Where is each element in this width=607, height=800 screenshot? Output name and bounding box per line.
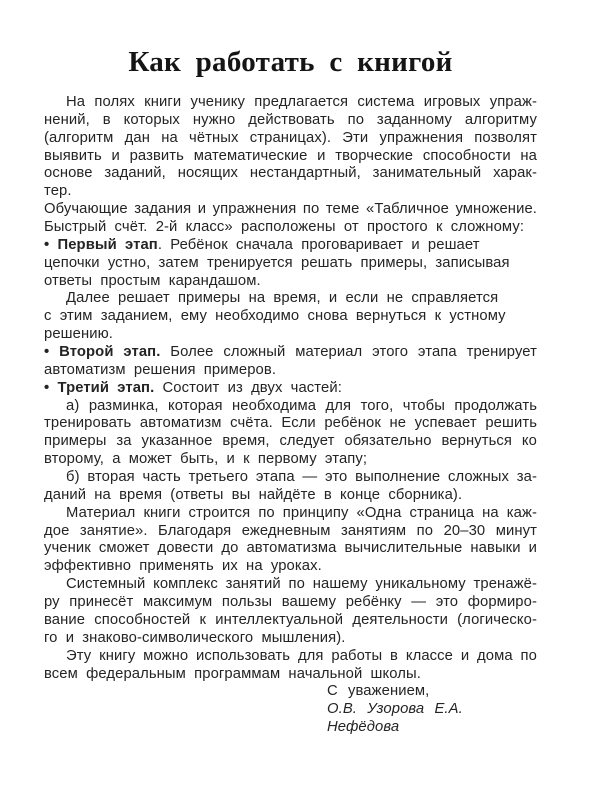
text-line: второму, а может быть, и к первому этапу…	[44, 451, 537, 469]
page-body: На полях книги ученику предлагается сист…	[44, 94, 537, 719]
text-line: а) разминка, которая необходима для того…	[44, 398, 537, 416]
page-title: Как работать с книгой	[44, 46, 537, 79]
text-segment: ученик сможет довести до автоматизма выч…	[44, 540, 537, 556]
text-segment: вание способностей к интеллектуальной де…	[44, 612, 537, 628]
text-segment: С уважением,	[327, 683, 429, 699]
text-line: ру принесёт максимум пользы вашему ребён…	[44, 594, 537, 612]
text-segment: с этим заданием, ему необходимо снова ве…	[44, 308, 506, 324]
text-segment: На полях книги ученику предлагается сист…	[66, 94, 537, 110]
bold-text-segment: • Третий этап.	[44, 380, 154, 396]
book-page: Как работать с книгой На полях книги уче…	[0, 0, 607, 800]
text-line: ответы простым карандашом.	[44, 273, 537, 291]
italic-text-segment: О.В. Узорова Е.А. Нефёдова	[327, 701, 463, 735]
text-line: (алгоритм дан на чётных страницах). Эти …	[44, 130, 537, 148]
text-line: го и знаково-символического мышления).	[44, 630, 537, 648]
text-line: На полях книги ученику предлагается сист…	[44, 94, 537, 112]
text-line: • Третий этап. Состоит из двух частей:	[44, 380, 537, 398]
text-segment: второму, а может быть, и к первому этапу…	[44, 451, 367, 467]
text-line: Обучающие задания и упражнения по теме «…	[44, 201, 537, 219]
text-line: с этим заданием, ему необходимо снова ве…	[44, 308, 537, 326]
text-segment: даний на время (ответы вы найдёте в конц…	[44, 487, 462, 503]
text-segment: го и знаково-символического мышления).	[44, 630, 345, 646]
text-segment: а) разминка, которая необходима для того…	[66, 398, 537, 414]
text-segment: выявить и развить математические и творч…	[44, 148, 537, 164]
text-line: • Второй этап. Более сложный материал эт…	[44, 344, 537, 362]
text-line: цепочки устно, затем тренируется решать …	[44, 255, 537, 273]
text-segment: Далее решает примеры на время, и если не…	[66, 290, 498, 306]
text-segment: тренировать автоматизм счёта. Если ребён…	[44, 415, 537, 431]
text-segment: дое занятие». Благодаря ежедневным занят…	[44, 523, 537, 539]
text-segment: ру принесёт максимум пользы вашему ребён…	[44, 594, 537, 610]
text-line: Системный комплекс занятий по нашему уни…	[44, 576, 537, 594]
text-segment: Системный комплекс занятий по нашему уни…	[66, 576, 537, 592]
text-segment: всем федеральным программам начальной шк…	[44, 666, 421, 682]
text-line: вание способностей к интеллектуальной де…	[44, 612, 537, 630]
text-line: эффективно применять их на уроках.	[44, 558, 537, 576]
text-line: тренировать автоматизм счёта. Если ребён…	[44, 415, 537, 433]
text-line: автоматизм решения примеров.	[44, 362, 537, 380]
signature-line: С уважением,	[327, 683, 537, 701]
text-line: нений, в которых нужно действовать по за…	[44, 112, 537, 130]
text-line: даний на время (ответы вы найдёте в конц…	[44, 487, 537, 505]
text-line: Эту книгу можно использовать для работы …	[44, 648, 537, 666]
text-line: Материал книги строится по принципу «Одн…	[44, 505, 537, 523]
text-segment: цепочки устно, затем тренируется решать …	[44, 255, 510, 271]
text-segment: основе заданий, носящих нестандартный, з…	[44, 165, 537, 181]
signature-line: О.В. Узорова Е.А. Нефёдова	[327, 701, 537, 719]
text-line: всем федеральным программам начальной шк…	[44, 666, 537, 684]
text-segment: Обучающие задания и упражнения по теме «…	[44, 201, 537, 217]
text-segment: ответы простым карандашом.	[44, 273, 261, 289]
text-line: б) вторая часть третьего этапа — это вып…	[44, 469, 537, 487]
bold-text-segment: • Первый этап	[44, 237, 158, 253]
text-segment: б) вторая часть третьего этапа — это вып…	[66, 469, 537, 485]
text-line: тер.	[44, 183, 537, 201]
text-segment: Более сложный материал этого этапа трени…	[160, 344, 537, 360]
text-segment: автоматизм решения примеров.	[44, 362, 276, 378]
text-segment: примеры за указанное время, следует обяз…	[44, 433, 537, 449]
text-line: выявить и развить математические и творч…	[44, 148, 537, 166]
text-line: Далее решает примеры на время, и если не…	[44, 290, 537, 308]
text-line: решению.	[44, 326, 537, 344]
text-segment: Состоит из двух частей:	[154, 380, 342, 396]
text-segment: Быстрый счёт. 2-й класс» расположены от …	[44, 219, 524, 235]
text-segment: эффективно применять их на уроках.	[44, 558, 322, 574]
text-segment: Материал книги строится по принципу «Одн…	[66, 505, 537, 521]
text-segment: нений, в которых нужно действовать по за…	[44, 112, 537, 128]
text-line: ученик сможет довести до автоматизма выч…	[44, 540, 537, 558]
text-segment: Эту книгу можно использовать для работы …	[66, 648, 537, 664]
bold-text-segment: • Второй этап.	[44, 344, 160, 360]
text-segment: (алгоритм дан на чётных страницах). Эти …	[44, 130, 537, 146]
text-segment: тер.	[44, 183, 72, 199]
text-line: Быстрый счёт. 2-й класс» расположены от …	[44, 219, 537, 237]
text-segment: . Ребёнок сначала проговаривает и решает	[158, 237, 480, 253]
text-line: основе заданий, носящих нестандартный, з…	[44, 165, 537, 183]
text-line: примеры за указанное время, следует обяз…	[44, 433, 537, 451]
text-line: дое занятие». Благодаря ежедневным занят…	[44, 523, 537, 541]
text-segment: решению.	[44, 326, 113, 342]
text-line: • Первый этап. Ребёнок сначала проговари…	[44, 237, 537, 255]
